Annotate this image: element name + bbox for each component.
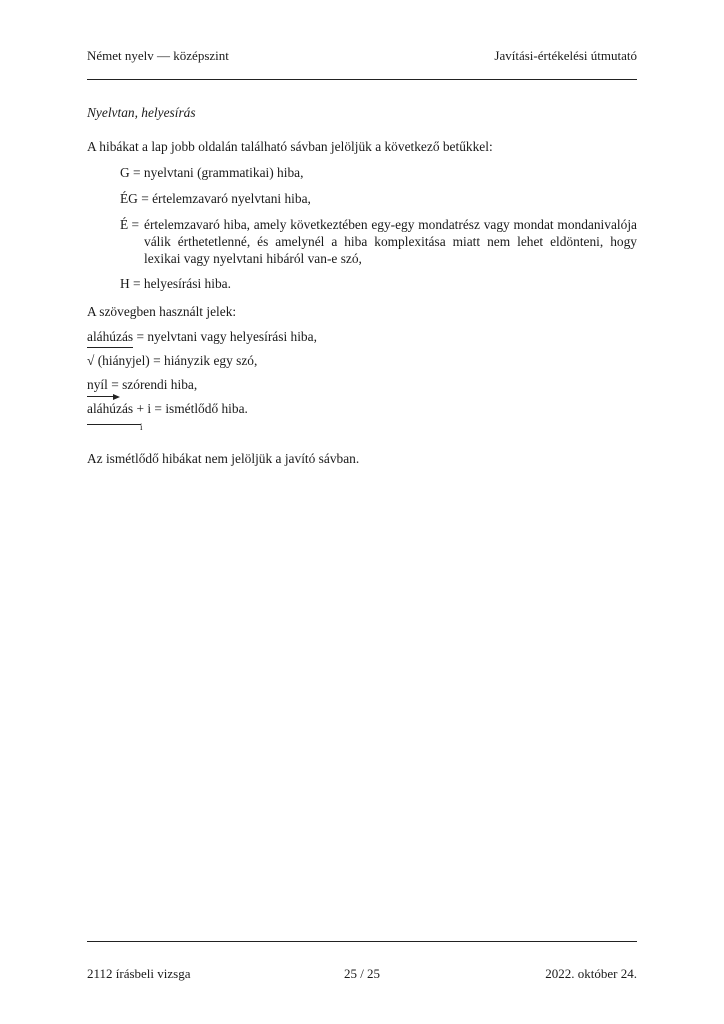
arrow-mark-text: nyíl: [87, 377, 108, 392]
sign-text: (hiányjel) = hiányzik egy szó,: [94, 353, 257, 368]
underline-mark: aláhúzás: [87, 328, 133, 346]
header-divider: [87, 79, 637, 80]
legend-description: nyelvtani (grammatikai) hiba,: [144, 164, 304, 182]
repeat-underline: [87, 424, 141, 425]
legend-item-h: H = helyesírási hiba.: [120, 275, 637, 293]
legend-item-e: É = értelemzavaró hiba, amely következté…: [120, 216, 637, 267]
error-code-legend: G = nyelvtani (grammatikai) hiba, ÉG = é…: [120, 164, 637, 301]
legend-description: értelemzavaró nyelvtani hiba,: [152, 190, 311, 208]
footer-date: 2022. október 24.: [545, 966, 637, 982]
legend-separator: =: [138, 190, 152, 208]
sign-item-missing: √ (hiányjel) = hiányzik egy szó,: [87, 352, 257, 370]
page-footer: 2112 írásbeli vizsga 25 / 25 2022. októb…: [87, 966, 637, 982]
repeated-mark: aláhúzás + i: [87, 401, 151, 416]
header-subject: Német nyelv — középszint: [87, 48, 229, 64]
legend-item-eg: ÉG = értelemzavaró nyelvtani hiba,: [120, 190, 637, 208]
signs-title: A szövegben használt jelek:: [87, 303, 236, 321]
legend-description: helyesírási hiba.: [144, 275, 231, 293]
sign-item-word-order: nyíl = szórendi hiba,: [87, 376, 197, 394]
sign-item-underline: aláhúzás = nyelvtani vagy helyesírási hi…: [87, 328, 317, 346]
legend-code: G: [120, 164, 130, 182]
legend-description: értelemzavaró hiba, amely következtében …: [144, 216, 637, 267]
page-header: Német nyelv — középszint Javítási-értéke…: [87, 48, 637, 64]
arrow-line: [87, 396, 115, 397]
footer-divider: [87, 941, 637, 942]
arrow-mark: nyíl: [87, 376, 108, 394]
page-content: Nyelvtan, helyesírás A hibákat a lap job…: [87, 104, 637, 122]
sign-text: = ismétlődő hiba.: [151, 401, 248, 416]
document-page: Német nyelv — középszint Javítási-értéke…: [0, 0, 724, 1024]
closing-note: Az ismétlődő hibákat nem jelöljük a javí…: [87, 450, 359, 468]
sign-text: = nyelvtani vagy helyesírási hiba,: [133, 329, 317, 344]
legend-separator: =: [130, 275, 144, 293]
header-doc-type: Javítási-értékelési útmutató: [494, 48, 637, 64]
legend-code: ÉG: [120, 190, 138, 208]
repeat-i-marker: i: [140, 422, 143, 432]
legend-code-letter: É: [120, 217, 128, 232]
legend-code: H: [120, 275, 130, 293]
footer-exam-code: 2112 írásbeli vizsga: [87, 966, 191, 982]
legend-code: É =: [120, 216, 144, 267]
sign-item-repeated: aláhúzás + i = ismétlődő hiba. i: [87, 400, 248, 418]
sign-text: = szórendi hiba,: [108, 377, 197, 392]
legend-item-g: G = nyelvtani (grammatikai) hiba,: [120, 164, 637, 182]
legend-separator: =: [130, 164, 144, 182]
section-title: Nyelvtan, helyesírás: [87, 104, 637, 122]
intro-text: A hibákat a lap jobb oldalán található s…: [87, 138, 493, 156]
